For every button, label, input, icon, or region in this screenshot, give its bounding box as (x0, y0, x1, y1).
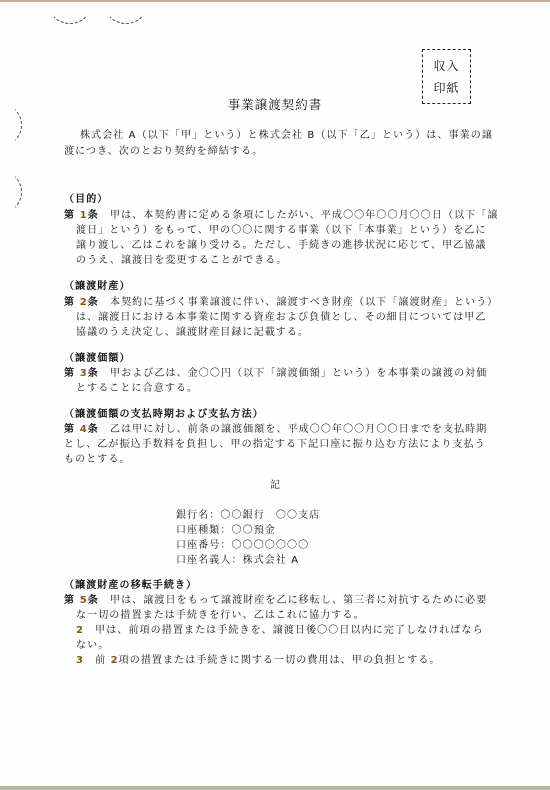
article-heading: （譲渡価額） (64, 351, 492, 367)
sub-item-prefix: 前 (95, 655, 110, 666)
article-label-prefix: 第 (64, 424, 80, 435)
preamble-line: 渡につき、次のとおり契約を締結する。 (64, 144, 492, 160)
article-number: 3 (80, 368, 88, 379)
article-3-line: 第 3条 甲および乙は、金〇〇円（以下「譲渡価額」という）を本事業の譲渡の対価 (64, 366, 492, 382)
article-4-line: 第 4条 乙は甲に対し、前条の譲渡価額を、平成〇〇年〇〇月〇〇日までを支払時期 (64, 422, 492, 438)
article-text-line: 譲り渡し、乙はこれを譲り受ける。ただし、手続きの進捗状況に応じて、甲乙協議 (76, 238, 504, 254)
article-heading: （譲渡価額の支払時期および支払方法） (64, 407, 492, 423)
article-text: 甲および乙は、金〇〇円（以下「譲渡価額」という）を本事業の譲渡の対価 (110, 368, 487, 379)
article-number: 1 (80, 210, 88, 221)
account-holder-line: 口座名義人：株式会社 A (176, 553, 550, 569)
article-label-suffix: 条 (88, 368, 99, 379)
article-text-line: 協議のうえ決定し、譲渡財産目録に記載する。 (76, 325, 504, 341)
sub-item-line: 2 甲は、前項の措置または手続きを、譲渡日後〇〇日以内に完了しなければなら (76, 623, 504, 639)
bank-name-line: 銀行名：〇〇銀行 〇〇支店 (176, 508, 550, 524)
article-text-line: な一切の措置または手続きを行い、乙はこれに協力する。 (76, 608, 504, 624)
account-type-line: 口座種類：〇〇預金 (176, 523, 550, 539)
article-text: 本契約に基づく事業譲渡に伴い、譲渡すべき財産（以下「譲渡財産」という） (110, 297, 498, 308)
article-number: 2 (80, 297, 88, 308)
sub-item-number: 3 (76, 655, 84, 666)
article-heading: （譲渡財産の移転手続き） (64, 578, 492, 594)
article-text-line: ものとする。 (64, 452, 492, 468)
article-text-line: 渡日」という）をもって、甲の〇〇に関する事業（以下「本事業」という）を乙に (76, 223, 504, 239)
preamble-line: 株式会社 A（以下「甲」という）と株式会社 B（以下「乙」という）は、事業の譲 (80, 128, 508, 144)
punch-hole-mark-icon (47, 0, 93, 24)
article-label-suffix: 条 (88, 297, 99, 308)
sub-item-ref-number: 2 (111, 655, 119, 666)
document-title: 事業譲渡契約書 (0, 95, 550, 113)
record-heading: 記 (270, 478, 550, 494)
sub-item-line: 3 前 2項の措置または手続きに関する一切の費用は、甲の負担とする。 (76, 653, 504, 669)
article-label-suffix: 条 (88, 210, 99, 221)
article-heading: （目的） (64, 192, 492, 208)
article-text: 甲は、本契約書に定める条項にしたがい、平成〇〇年〇〇月〇〇日（以下「譲 (110, 210, 499, 221)
article-text-line: のうえ、譲渡日を変更することができる。 (76, 253, 504, 269)
sub-item-text-line: ない。 (76, 638, 504, 654)
stamp-label-line1: 収入 (423, 55, 470, 77)
article-text-line: とすることに合意する。 (76, 381, 504, 397)
article-1-line: 第 1条 甲は、本契約書に定める条項にしたがい、平成〇〇年〇〇月〇〇日（以下「譲 (64, 208, 492, 224)
punch-hole-mark-icon (0, 170, 22, 214)
article-number: 4 (80, 424, 88, 435)
article-label-suffix: 条 (88, 424, 99, 435)
article-label-prefix: 第 (64, 297, 80, 308)
article-heading: （譲渡財産） (64, 279, 492, 295)
article-label-prefix: 第 (64, 595, 80, 606)
account-number-line: 口座番号：〇〇〇〇〇〇〇 (176, 538, 550, 554)
article-label-prefix: 第 (64, 368, 80, 379)
punch-hole-mark-icon (103, 0, 149, 24)
sub-item-number: 2 (76, 625, 84, 636)
article-text-line: とし、乙が振込手数料を負担し、甲の指定する下記口座に振り込む方法により支払う (64, 437, 492, 453)
article-text: 甲は、譲渡日をもって譲渡財産を乙に移転し、第三者に対抗するために必要 (110, 595, 487, 606)
article-label-suffix: 条 (88, 595, 99, 606)
article-text: 乙は甲に対し、前条の譲渡価額を、平成〇〇年〇〇月〇〇日までを支払時期 (110, 424, 487, 435)
article-number: 5 (80, 595, 88, 606)
article-2-line: 第 2条 本契約に基づく事業譲渡に伴い、譲渡すべき財産（以下「譲渡財産」という） (64, 295, 492, 311)
sub-item-text: 甲は、前項の措置または手続きを、譲渡日後〇〇日以内に完了しなければなら (95, 625, 484, 636)
article-label-prefix: 第 (64, 210, 80, 221)
sub-item-text: 項の措置または手続きに関する一切の費用は、甲の負担とする。 (119, 655, 441, 666)
article-text-line: は、譲渡日における本事業に関する資産および負債とし、その細目については甲乙 (76, 310, 504, 326)
article-5-line: 第 5条 甲は、譲渡日をもって譲渡財産を乙に移転し、第三者に対抗するために必要 (64, 593, 492, 609)
